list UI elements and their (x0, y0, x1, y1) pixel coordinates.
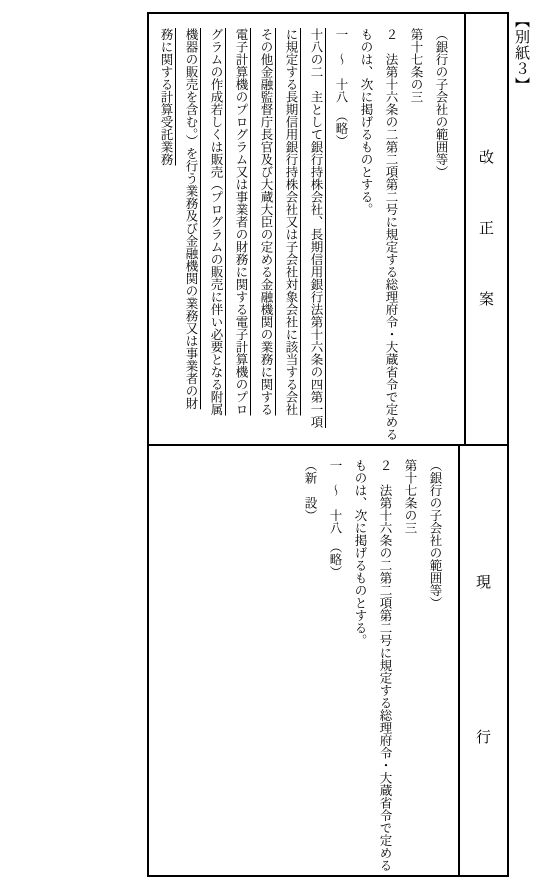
text-line-new-entry: （新 設） (297, 459, 322, 869)
text-line-underlined: その他金融監督庁長官及び大蔵大臣の定める金融機関の業務に関する (253, 28, 278, 438)
text-line: 第十七条の三 (397, 459, 422, 869)
text-line-underlined: グラムの作成若しくは販売（プログラムの販売に伴い必要となる附属 (203, 28, 228, 438)
text-line-underlined: に規定する長期信用銀行持株会社又は子会社対象会社に該当する会社 (278, 28, 303, 438)
amended-column-header: 改正案 (464, 14, 507, 444)
text-line: （銀行の子会社の範囲等） (422, 459, 447, 869)
text-line: （銀行の子会社の範囲等） (428, 28, 453, 438)
attachment-label: 【別紙３】 (512, 13, 530, 93)
text-line: 一 〜 十八 （略） (322, 459, 347, 869)
header-char: 案 (479, 292, 494, 308)
amended-text-cell: （銀行の子会社の範囲等） 第十七条の三 ２ 法第十六条の二第二項第二号に規定する… (149, 14, 464, 444)
text-line-underlined: 務に関する計算受託業務 (153, 28, 178, 438)
text-line: ものは、次に掲げるものとする。 (347, 459, 372, 869)
current-section-row: （銀行の子会社の範囲等） 第十七条の三 ２ 法第十六条の二第二項第二号に規定する… (149, 446, 507, 875)
text-line-underlined: 電子計算機のプログラム又は事業者の財務に関する電子計算機のプロ (228, 28, 253, 438)
header-char: 行 (476, 730, 491, 746)
text-line: 一 〜 十八 （略） (328, 28, 353, 438)
comparison-table: （銀行の子会社の範囲等） 第十七条の三 ２ 法第十六条の二第二項第二号に規定する… (147, 12, 509, 877)
text-line: 第十七条の三 (403, 28, 428, 438)
current-column-header: 現行 (458, 446, 507, 875)
header-char: 正 (479, 221, 494, 237)
text-line: ２ 法第十六条の二第二項第二号に規定する総理府令・大蔵省令で定める (372, 459, 397, 869)
text-line-underlined: 十八の二 主として銀行持株会社、長期信用銀行法第十六条の四第一項 (303, 28, 328, 438)
current-text-cell: （銀行の子会社の範囲等） 第十七条の三 ２ 法第十六条の二第二項第二号に規定する… (149, 446, 458, 875)
text-line-underlined: 機器の販売を含む。）を行う業務及び金融機関の業務又は事業者の財 (178, 28, 203, 438)
header-char: 現 (476, 575, 491, 591)
amended-section-row: （銀行の子会社の範囲等） 第十七条の三 ２ 法第十六条の二第二項第二号に規定する… (149, 14, 507, 446)
header-char: 改 (479, 150, 494, 166)
text-line: ものは、次に掲げるものとする。 (353, 28, 378, 438)
text-line: ２ 法第十六条の二第二項第二号に規定する総理府令・大蔵省令で定める (378, 28, 403, 438)
